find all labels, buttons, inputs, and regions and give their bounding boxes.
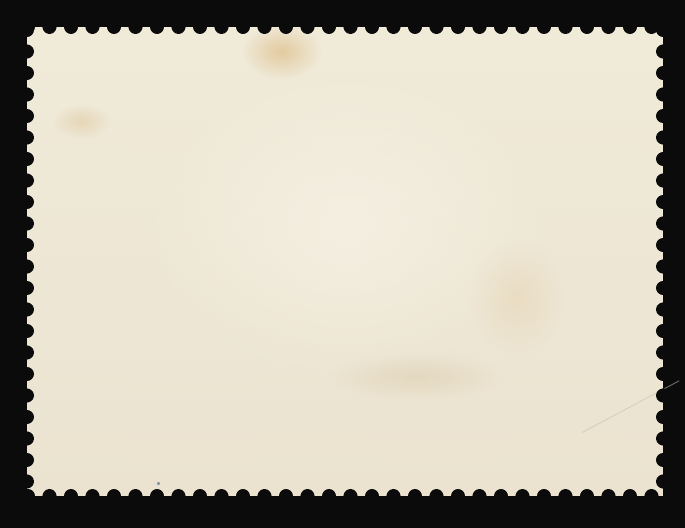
ink-speck: [157, 482, 160, 485]
stamp-paper-back: [27, 27, 663, 496]
perforation-right-edge: [655, 22, 671, 504]
perforation-top-edge: [20, 19, 670, 35]
perforation-bottom-edge: [20, 488, 670, 504]
perforation-left-edge: [19, 22, 35, 504]
